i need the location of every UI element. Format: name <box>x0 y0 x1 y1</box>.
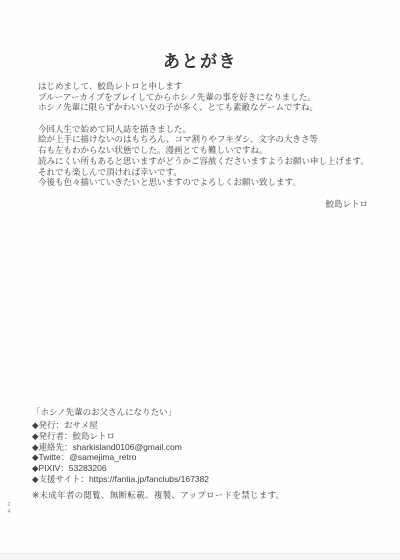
afterword-body: はじめまして、鮫島レトロと申します ブルーアーカイブをプレイしてからホシノ先輩の… <box>38 81 369 210</box>
afterword-line: ホシノ先輩に限らずかわいい女の子が多く、とても素敵なゲームですね。 <box>38 102 369 113</box>
age-restriction-notice: ※未成年者の閲覧、無断転載、複製、アップロードを禁じます。 <box>32 490 285 501</box>
colophon-item-contact-email: ◆連絡先：sharkisland0106@gmail.com <box>32 442 285 453</box>
page-bottom-edge <box>0 553 400 560</box>
afterword-line: 今回人生で始めて同人誌を描きました。 <box>38 124 369 135</box>
afterword-line: 絵が上手に描けないのはもちろん、コマ割りやフキダシ、文字の大きさ等 <box>38 134 369 145</box>
book-title: 「ホシノ先輩のお父さんになりたい」 <box>32 407 285 418</box>
colophon-item-pixiv: ◆PIXIV：53283206 <box>32 463 285 474</box>
author-signature: 鮫島レトロ <box>38 199 368 210</box>
colophon-item-author: ◆発行者：鮫島レトロ <box>32 431 285 442</box>
colophon-item-twitter: ◆Twitte：@samejima_retro <box>32 452 285 463</box>
afterword-page: あとがき はじめまして、鮫島レトロと申します ブルーアーカイブをプレイしてからホ… <box>0 0 400 560</box>
page-number: 24 <box>6 502 12 516</box>
page-title: あとがき <box>0 47 400 72</box>
afterword-line: 今後も色々描いていきたいと思いますのでよろしくお願い致します。 <box>38 177 369 188</box>
colophon: 「ホシノ先輩のお父さんになりたい」 ◆発行：おサメ屋 ◆発行者：鮫島レトロ ◆連… <box>32 407 285 502</box>
afterword-line: 右も左もわからない状態でした。漫画とても難しいですね。 <box>38 145 369 156</box>
colophon-item-support-site: ◆支援サイト：https://fantia.jp/fanclubs/167382 <box>32 474 285 485</box>
afterword-paragraph-2: 今回人生で始めて同人誌を描きました。 絵が上手に描けないのはもちろん、コマ割りや… <box>38 124 369 188</box>
afterword-line: 読みにくい所もあると思いますがどうかご容赦くださいますようお願い申し上げます。 <box>38 156 369 167</box>
afterword-line: それでも楽しんで頂ければ幸いです。 <box>38 167 369 178</box>
colophon-item-publisher: ◆発行：おサメ屋 <box>32 420 285 431</box>
afterword-paragraph-1: はじめまして、鮫島レトロと申します ブルーアーカイブをプレイしてからホシノ先輩の… <box>38 81 369 113</box>
afterword-line: はじめまして、鮫島レトロと申します <box>38 81 369 92</box>
afterword-line: ブルーアーカイブをプレイしてからホシノ先輩の事を好きになりました。 <box>38 92 369 103</box>
